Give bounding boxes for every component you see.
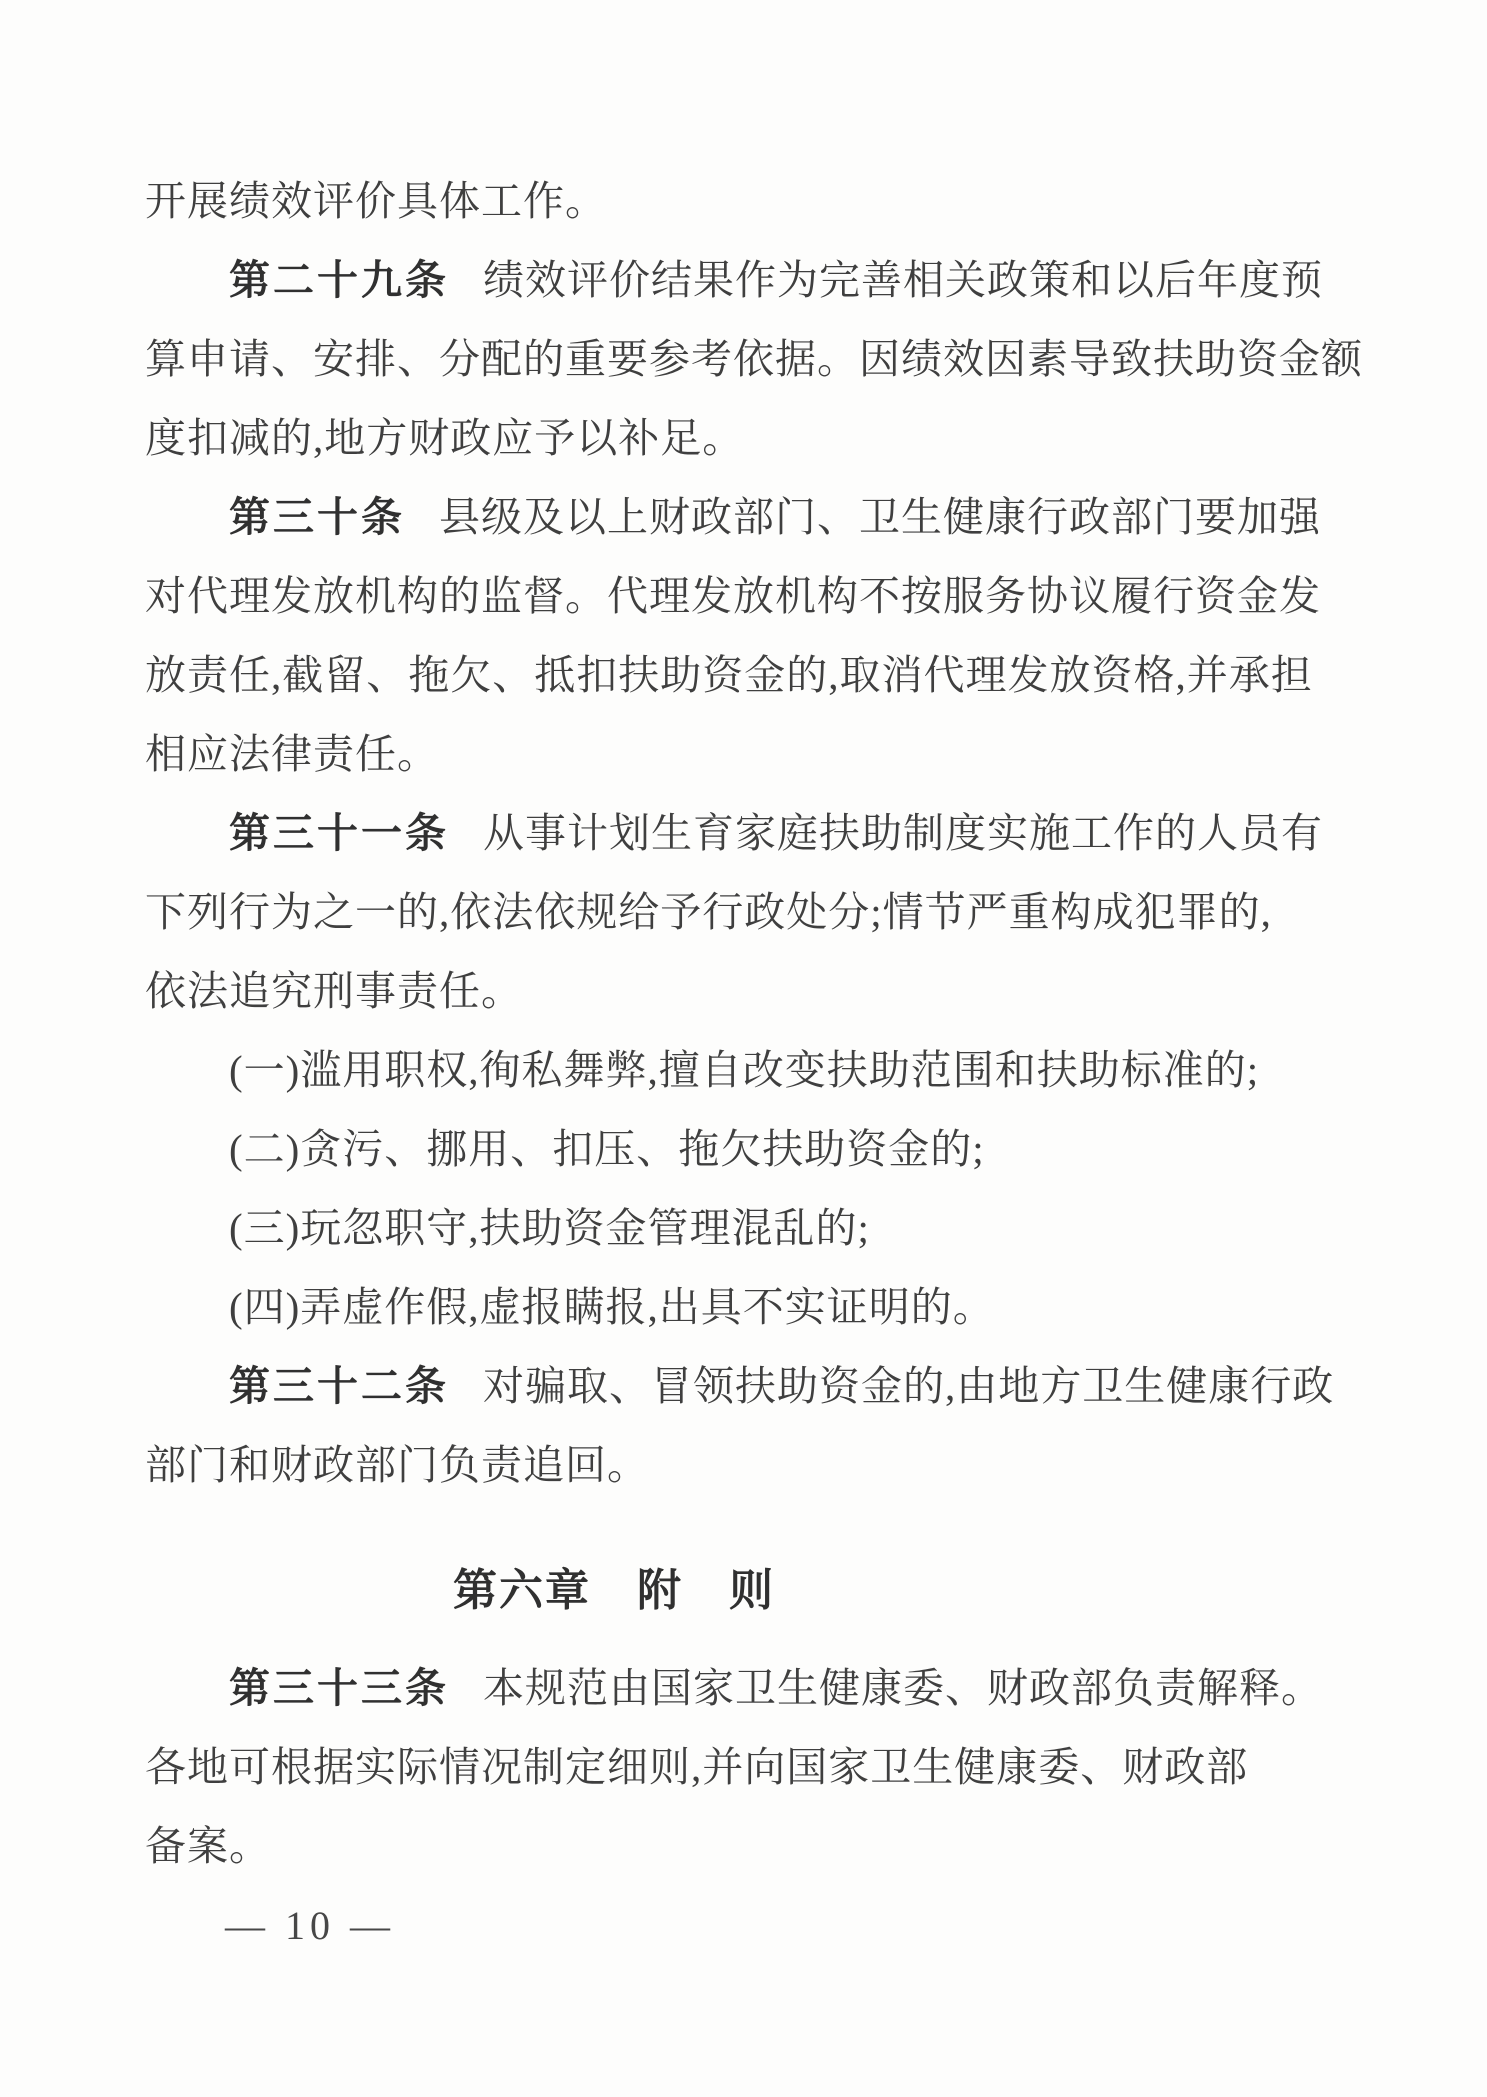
line-text: 放责任,截留、拖欠、抵扣扶助资金的,取消代理发放资格,并承担 [145,652,1313,698]
line-text: 部门和财政部门负责追回。 [145,1442,649,1488]
line-text: (一)滥用职权,徇私舞弊,擅自改变扶助范围和扶助标准的; [229,1047,1259,1093]
line-text: 本规范由国家卫生健康委、财政部负责解释。 [483,1665,1323,1711]
line-text: 绩效评价结果作为完善相关政策和以后年度预 [483,257,1323,303]
chapter-heading-row: 第六章 附 则 [145,1559,1337,1623]
line-text: (四)弄虚作假,虚报瞒报,出具不实证明的。 [229,1284,995,1330]
line-text: 县级及以上财政部门、卫生健康行政部门要加强 [439,494,1321,540]
body-line: 部门和财政部门负责追回。 [145,1426,1337,1505]
line-text: 对代理发放机构的监督。代理发放机构不按服务协议履行资金发 [145,573,1321,619]
article-30-term: 第三十条 [229,494,405,540]
body-line: 依法追究刑事责任。 [145,952,1337,1031]
line-text: 开展绩效评价具体工作。 [145,178,607,224]
list-item-2: (二)贪污、挪用、扣压、拖欠扶助资金的; [145,1110,1337,1189]
body-line: 备案。 [145,1807,1337,1886]
body-line: 第三十二条对骗取、冒领扶助资金的,由地方卫生健康行政 [145,1347,1337,1426]
line-text: 从事计划生育家庭扶助制度实施工作的人员有 [483,810,1323,856]
document-closing: 第三十三条本规范由国家卫生健康委、财政部负责解释。 各地可根据实际情况制定细则,… [145,1649,1337,1886]
line-text: 算申请、安排、分配的重要参考依据。因绩效因素导致扶助资金额 [145,336,1363,382]
list-item-1: (一)滥用职权,徇私舞弊,擅自改变扶助范围和扶助标准的; [145,1031,1337,1110]
list-item-3: (三)玩忽职守,扶助资金管理混乱的; [145,1189,1337,1268]
line-text: (二)贪污、挪用、扣压、拖欠扶助资金的; [229,1126,985,1172]
document-body: 开展绩效评价具体工作。 第二十九条绩效评价结果作为完善相关政策和以后年度预 算申… [145,162,1337,1505]
body-line: 对代理发放机构的监督。代理发放机构不按服务协议履行资金发 [145,557,1337,636]
document-page: 开展绩效评价具体工作。 第二十九条绩效评价结果作为完善相关政策和以后年度预 算申… [0,0,1487,2097]
chapter-heading: 第六章 附 则 [145,1559,775,1623]
body-line: 相应法律责任。 [145,715,1337,794]
article-32-term: 第三十二条 [229,1363,449,1409]
body-line: 第三十一条从事计划生育家庭扶助制度实施工作的人员有 [145,794,1337,873]
body-line: 下列行为之一的,依法依规给予行政处分;情节严重构成犯罪的, [145,873,1337,952]
body-line: 第二十九条绩效评价结果作为完善相关政策和以后年度预 [145,241,1337,320]
line-text: 下列行为之一的,依法依规给予行政处分;情节严重构成犯罪的, [145,889,1272,935]
line-text: 度扣减的,地方财政应予以补足。 [145,415,744,461]
line-text: 各地可根据实际情况制定细则,并向国家卫生健康委、财政部 [145,1744,1248,1790]
body-line: 开展绩效评价具体工作。 [145,162,1337,241]
line-text: 依法追究刑事责任。 [145,968,523,1014]
line-text: 相应法律责任。 [145,731,439,777]
body-line: 第三十条县级及以上财政部门、卫生健康行政部门要加强 [145,478,1337,557]
body-line: 各地可根据实际情况制定细则,并向国家卫生健康委、财政部 [145,1728,1337,1807]
body-line: 放责任,截留、拖欠、抵扣扶助资金的,取消代理发放资格,并承担 [145,636,1337,715]
article-33-term: 第三十三条 [229,1665,449,1711]
article-29-term: 第二十九条 [229,257,449,303]
line-text: 备案。 [145,1823,271,1869]
body-line: 算申请、安排、分配的重要参考依据。因绩效因素导致扶助资金额 [145,320,1337,399]
article-31-term: 第三十一条 [229,810,449,856]
list-item-4: (四)弄虚作假,虚报瞒报,出具不实证明的。 [145,1268,1337,1347]
line-text: (三)玩忽职守,扶助资金管理混乱的; [229,1205,870,1251]
line-text: 对骗取、冒领扶助资金的,由地方卫生健康行政 [483,1363,1334,1409]
body-line: 度扣减的,地方财政应予以补足。 [145,399,1337,478]
page-number: — 10 — [145,1896,1337,1956]
body-line: 第三十三条本规范由国家卫生健康委、财政部负责解释。 [145,1649,1337,1728]
